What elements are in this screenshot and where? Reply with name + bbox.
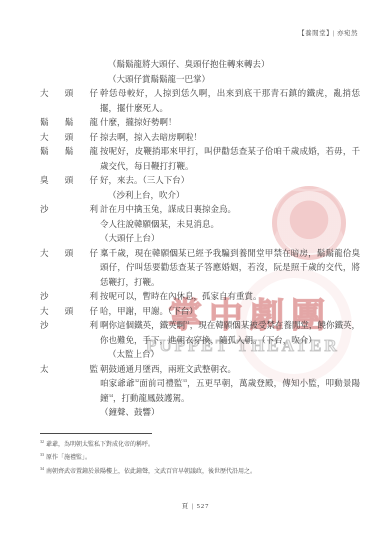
dialogue-text: 按呢可以，暫時在內休息，孤家自有重賞。	[100, 289, 360, 304]
dialogue-text: 幹恁母較好，人掠到恁久啊，出來到底干那青石鎮的鐵虎，亂捎恁擺，擺什麼死人。	[100, 86, 360, 115]
running-header: 【養閒堂】| 亦宛然	[298, 28, 358, 37]
stage-direction: （大頭仔賞鬍鬍龍一巴掌）	[0, 72, 391, 87]
speaker-name: 沙利	[40, 318, 98, 333]
speaker-name: 鬍鬍龍	[40, 115, 98, 130]
stage-direction-text: （太監上台）	[100, 347, 360, 362]
footnote-number: 34	[40, 466, 44, 471]
dialogue-text: 按呢好，皮鞭捎耶來甲打，叫伊勸恁查某子佮咱千歲成婚，若毋，千歲交代，每日鞭打打鞭…	[100, 144, 360, 173]
document-page: 掌中劇團 PUPPET THEATER 【養閒堂】| 亦宛然 （鬍鬍龍將大頭仔、…	[0, 0, 391, 553]
dialogue-row: 鬍鬍龍 什麼，攏掠好勢啊！	[0, 115, 391, 130]
stage-direction: （太監上台）	[0, 347, 391, 362]
footnote-number: 32	[40, 439, 44, 444]
dialogue-row: 沙利 啊你這個鐵英，鐵英啊31，現在韓願𪜶某被受禁在養閒堂，饒你鐵英，你也難免，…	[0, 318, 391, 347]
footnote-text: 原作「施禮監」。	[46, 455, 91, 461]
dialogue-row: 太監 朝鼓通通月墜西，兩班文武整朝衣。 咱家爺爺32面前司禮監33，五更早朝，萬…	[0, 362, 391, 420]
dialogue-text: 稟千歲，現在韓願𪜶某已經予我騙到養閒堂甲禁在暗房，鬍鬍龍佮臭頭仔，佇叫恁要勸恁查…	[100, 246, 360, 290]
dialogue-text: 朝鼓通通月墜西，兩班文武整朝衣。	[100, 362, 360, 377]
stage-direction: （鬍鬍龍將大頭仔、臭頭仔抱住轉來轉去）	[0, 57, 391, 72]
speaker-name: 臭頭仔	[40, 173, 98, 188]
dialogue-row: 沙利 按呢可以，暫時在內休息，孤家自有重賞。	[0, 289, 391, 304]
dialogue-row: 大頭仔 掠去啊，掠入去暗房啊啦！	[0, 130, 391, 145]
footnote-number: 33	[40, 452, 44, 457]
stage-direction: （沙利上台，吹介）	[0, 188, 391, 203]
page-number: 頁 | 527	[0, 501, 391, 510]
footnote: 34南朝齊武帝置鐘於景陽樓上，依此鐘聲，文武百官早朝議政，後世歷代沿用之。	[40, 464, 356, 478]
speaker-name: 太監	[40, 362, 98, 377]
speaker-name: 鬍鬍龍	[40, 144, 98, 159]
speaker-name: 大頭仔	[40, 304, 98, 319]
dialogue-row: 大頭仔 稟千歲，現在韓願𪜶某已經予我騙到養閒堂甲禁在暗房，鬍鬍龍佮臭頭仔，佇叫恁…	[0, 246, 391, 290]
script-body: （鬍鬍龍將大頭仔、臭頭仔抱住轉來轉去） （大頭仔賞鬍鬍龍一巴掌） 大頭仔 幹恁母…	[0, 57, 391, 477]
dialogue-row: 鬍鬍龍 按呢好，皮鞭捎耶來甲打，叫伊勸恁查某子佮咱千歲成婚，若毋，千歲交代，每日…	[0, 144, 391, 173]
stage-direction-text: （大頭仔賞鬍鬍龍一巴掌）	[100, 72, 360, 87]
footnote-text: 南朝齊武帝置鐘於景陽樓上，依此鐘聲，文武百官早朝議政，後世歷代沿用之。	[46, 469, 256, 475]
dialogue-row: 大頭仔 哈，甲謝，甲謝。（下台）	[0, 304, 391, 319]
footnote: 33原作「施禮監」。	[40, 450, 356, 464]
dialogue-row: 沙利 計在月中擒玉兔，謀成日裏掠金烏。 令人往說韓願𪜶某，未見消息。 （大頭仔上…	[0, 202, 391, 246]
footnotes: 32爺爺，為明朝太監私下對成化帝的稱呼。 33原作「施禮監」。 34南朝齊武帝置…	[40, 437, 356, 478]
dialogue-text: 好，來去。（三人下台）	[100, 173, 360, 188]
speaker-name: 大頭仔	[40, 86, 98, 101]
dialogue-row: 臭頭仔 好，來去。（三人下台）	[0, 173, 391, 188]
speaker-name: 沙利	[40, 289, 98, 304]
stage-direction-text: （鬍鬍龍將大頭仔、臭頭仔抱住轉來轉去）	[100, 57, 360, 72]
dialogue-text: 令人往說韓願𪜶某，未見消息。	[100, 217, 360, 232]
stage-direction-text: （鐘聲、鼓響）	[100, 405, 360, 420]
speaker-name: 沙利	[40, 202, 98, 217]
dialogue-text: 哈，甲謝，甲謝。（下台）	[100, 304, 360, 319]
dialogue-row: 大頭仔 幹恁母較好，人掠到恁久啊，出來到底干那青石鎮的鐵虎，亂捎恁擺，擺什麼死人…	[0, 86, 391, 115]
stage-direction-text: （大頭仔上台）	[100, 231, 360, 246]
dialogue-text: 咱家爺爺32面前司禮監33，五更早朝，萬歲登殿，傳知小監，叩動景陽鐘34，打動龍…	[100, 376, 360, 405]
speaker-name: 大頭仔	[40, 130, 98, 145]
dialogue-text: 啊你這個鐵英，鐵英啊31，現在韓願𪜶某被受禁在養閒堂，饒你鐵英，你也難免，手下，…	[100, 318, 360, 347]
dialogue-text: 掠去啊，掠入去暗房啊啦！	[100, 130, 360, 145]
dialogue-text: 什麼，攏掠好勢啊！	[100, 115, 360, 130]
footnote: 32爺爺，為明朝太監私下對成化帝的稱呼。	[40, 437, 356, 451]
speaker-name: 大頭仔	[40, 246, 98, 261]
dialogue-text: 計在月中擒玉兔，謀成日裏掠金烏。	[100, 202, 360, 217]
footnote-text: 爺爺，為明朝太監私下對成化帝的稱呼。	[46, 442, 154, 448]
footnote-separator	[40, 433, 152, 434]
stage-direction-text: （沙利上台，吹介）	[100, 188, 360, 203]
